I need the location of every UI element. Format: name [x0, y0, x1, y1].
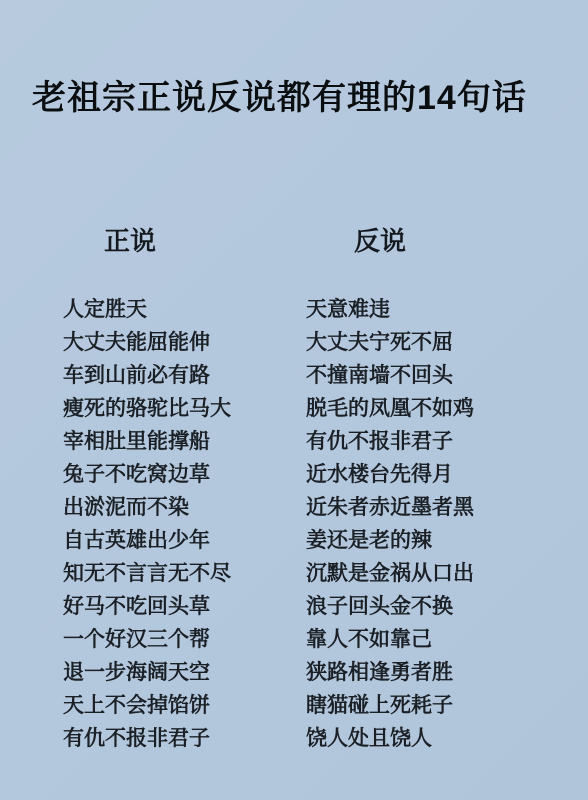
- saying-row: 人定胜天 天意难违: [63, 293, 573, 326]
- saying-row: 一个好汉三个帮 靠人不如靠己: [63, 623, 573, 656]
- page-title: 老祖宗正说反说都有理的14句话: [32, 79, 527, 117]
- column-header-positive: 正说: [104, 227, 156, 255]
- column-header-negative: 反说: [354, 227, 406, 255]
- saying-right: 狭路相逢勇者胜: [306, 656, 573, 689]
- saying-row: 瘦死的骆驼比马大 脱毛的凤凰不如鸡: [63, 392, 573, 425]
- saying-right: 饶人处且饶人: [306, 722, 573, 755]
- saying-row: 大丈夫能屈能伸 大丈夫宁死不屈: [63, 326, 573, 359]
- saying-right: 近朱者赤近墨者黑: [306, 491, 573, 524]
- saying-row: 自古英雄出少年 姜还是老的辣: [63, 524, 573, 557]
- saying-right: 沉默是金祸从口出: [306, 557, 573, 590]
- poster-background: { "title": "老祖宗正说反说都有理的14句话", "columns":…: [0, 0, 588, 800]
- saying-right: 不撞南墙不回头: [306, 359, 573, 392]
- saying-right: 近水楼台先得月: [306, 458, 573, 491]
- saying-left: 人定胜天: [63, 293, 306, 326]
- saying-left: 瘦死的骆驼比马大: [63, 392, 306, 425]
- saying-right: 姜还是老的辣: [306, 524, 573, 557]
- saying-row: 车到山前必有路 不撞南墙不回头: [63, 359, 573, 392]
- saying-left: 一个好汉三个帮: [63, 623, 306, 656]
- saying-right: 有仇不报非君子: [306, 425, 573, 458]
- saying-left: 车到山前必有路: [63, 359, 306, 392]
- saying-left: 知无不言言无不尽: [63, 557, 306, 590]
- saying-row: 出淤泥而不染 近朱者赤近墨者黑: [63, 491, 573, 524]
- saying-right: 靠人不如靠己: [306, 623, 573, 656]
- saying-right: 脱毛的凤凰不如鸡: [306, 392, 573, 425]
- saying-left: 出淤泥而不染: [63, 491, 306, 524]
- saying-row: 好马不吃回头草 浪子回头金不换: [63, 590, 573, 623]
- saying-left: 自古英雄出少年: [63, 524, 306, 557]
- saying-row: 知无不言言无不尽 沉默是金祸从口出: [63, 557, 573, 590]
- saying-right: 天意难违: [306, 293, 573, 326]
- saying-row: 有仇不报非君子 饶人处且饶人: [63, 722, 573, 755]
- saying-left: 大丈夫能屈能伸: [63, 326, 306, 359]
- saying-left: 好马不吃回头草: [63, 590, 306, 623]
- saying-right: 浪子回头金不换: [306, 590, 573, 623]
- saying-right: 大丈夫宁死不屈: [306, 326, 573, 359]
- saying-right: 瞎猫碰上死耗子: [306, 689, 573, 722]
- saying-row: 退一步海阔天空 狭路相逢勇者胜: [63, 656, 573, 689]
- saying-left: 退一步海阔天空: [63, 656, 306, 689]
- saying-left: 兔子不吃窝边草: [63, 458, 306, 491]
- saying-left: 宰相肚里能撑船: [63, 425, 306, 458]
- saying-left: 天上不会掉馅饼: [63, 689, 306, 722]
- sayings-list: 人定胜天 天意难违 大丈夫能屈能伸 大丈夫宁死不屈 车到山前必有路 不撞南墙不回…: [63, 293, 573, 755]
- saying-row: 宰相肚里能撑船 有仇不报非君子: [63, 425, 573, 458]
- saying-row: 兔子不吃窝边草 近水楼台先得月: [63, 458, 573, 491]
- saying-row: 天上不会掉馅饼 瞎猫碰上死耗子: [63, 689, 573, 722]
- saying-left: 有仇不报非君子: [63, 722, 306, 755]
